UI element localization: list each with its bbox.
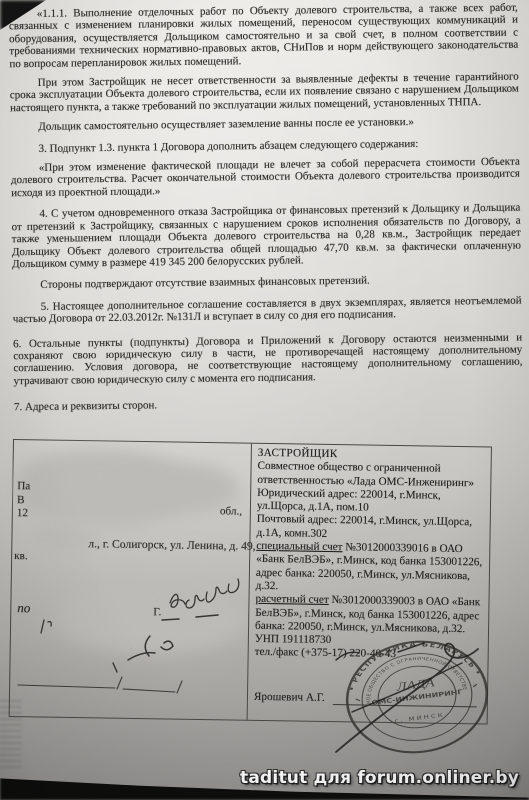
- shareholder-fragment: 12: [17, 507, 28, 519]
- developer-settlement-account: расчетный счет №3012000339003 в ОАО «Бан…: [255, 593, 483, 636]
- company-round-stamp: • РЕСПУБЛИКА БЕЛАРУСЬ • СОВМЕСТНОЕ ОБЩЕС…: [335, 629, 498, 764]
- stamp-center-name: ЛАДА: [395, 676, 436, 694]
- paragraph-clause-5-copies: 5. Настоящее дополнительное соглашение с…: [13, 294, 522, 325]
- developer-company: Совместное общество с ограниченной ответ…: [257, 460, 484, 490]
- special-account-label: специальный счет: [256, 540, 342, 553]
- shareholder-fragment: Па: [17, 480, 30, 492]
- handwritten-note: по: [17, 600, 30, 616]
- paragraph-clause-7-requisites: 7. Адреса и реквизиты сторон.: [14, 395, 523, 414]
- signatory-name: Ярошевич А.Г.: [254, 691, 325, 705]
- shareholder-cell: Па В 12 обл., л., г. Солигорск, ул. Лени…: [10, 440, 251, 720]
- document-photo: «1.1.1. Выполнение отделочных работ по О…: [0, 0, 529, 800]
- agreement-text-block: «1.1.1. Выполнение отделочных работ по О…: [9, 2, 523, 421]
- settlement-account-label: расчетный счет: [255, 593, 328, 606]
- forum-watermark: taditut для forum.onliner.by: [240, 768, 519, 788]
- developer-postal-address: Почтовый адрес: 220014, г.Минск, ул.Щорс…: [256, 513, 483, 543]
- shareholder-region-fragment: обл.,: [220, 505, 242, 517]
- paragraph-no-claims: Стороны подтверждают отсутствие взаимных…: [12, 273, 521, 292]
- developer-special-account: специальный счет №3012000339016 в ОАО «Б…: [256, 540, 484, 597]
- handwritten-initial: Г.: [153, 606, 161, 618]
- paragraph-bath-grounding: Дольщик самостоятельно осуществляет зазе…: [10, 115, 519, 134]
- shareholder-address-fragment: л., г. Солигорск, ул. Ленина, д. 49,: [88, 537, 255, 553]
- paragraph-warranty-liability: При этом Застройщик не несет ответственн…: [10, 71, 519, 115]
- developer-legal-address: Юридический адрес: 220014, г.Минск, ул.Щ…: [257, 487, 484, 517]
- redaction-blur: [193, 609, 245, 624]
- paragraph-clause-6-validity: 6. Остальные пункты (подпункты) Договора…: [13, 331, 523, 387]
- shareholder-fragment: В: [17, 494, 25, 506]
- paragraph-finishing-works: «1.1.1. Выполнение отделочных работ по О…: [9, 2, 519, 71]
- shareholder-apartment-fragment: кв.: [14, 550, 28, 562]
- paragraph-clause-4-transfer: 4. С учетом одновременного отказа Застро…: [11, 202, 521, 271]
- paragraph-area-recalculation: «При этом изменение фактической площади …: [11, 156, 520, 200]
- paragraph-clause-3: 3. Подпункт 1.3. пункта 1 Договора допол…: [11, 136, 520, 155]
